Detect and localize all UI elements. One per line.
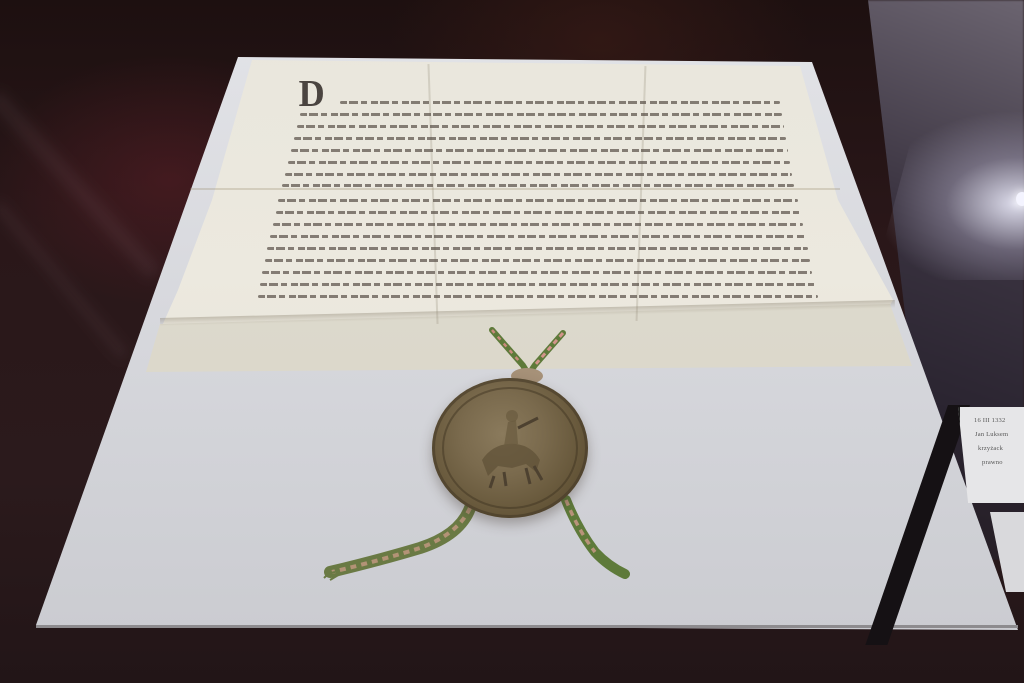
label-line-2: Jan Luksem — [975, 431, 1008, 438]
museum-display-photo: 16 III 1332 Jan Luksem krzyżack prawno D — [0, 0, 1024, 683]
label-line-3: krzyżack — [978, 445, 1003, 452]
label-date: 16 III 1332 — [974, 417, 1005, 424]
wax-seal[interactable] — [432, 378, 588, 518]
illuminated-initial: D — [299, 72, 325, 116]
exhibit-label-card[interactable]: 16 III 1332 Jan Luksem krzyżack prawno — [958, 407, 1024, 503]
label-line-4: prawno — [982, 459, 1003, 466]
fold-crease — [190, 188, 840, 190]
light-bulb-icon — [1016, 192, 1024, 206]
equestrian-figure-icon — [464, 402, 556, 494]
